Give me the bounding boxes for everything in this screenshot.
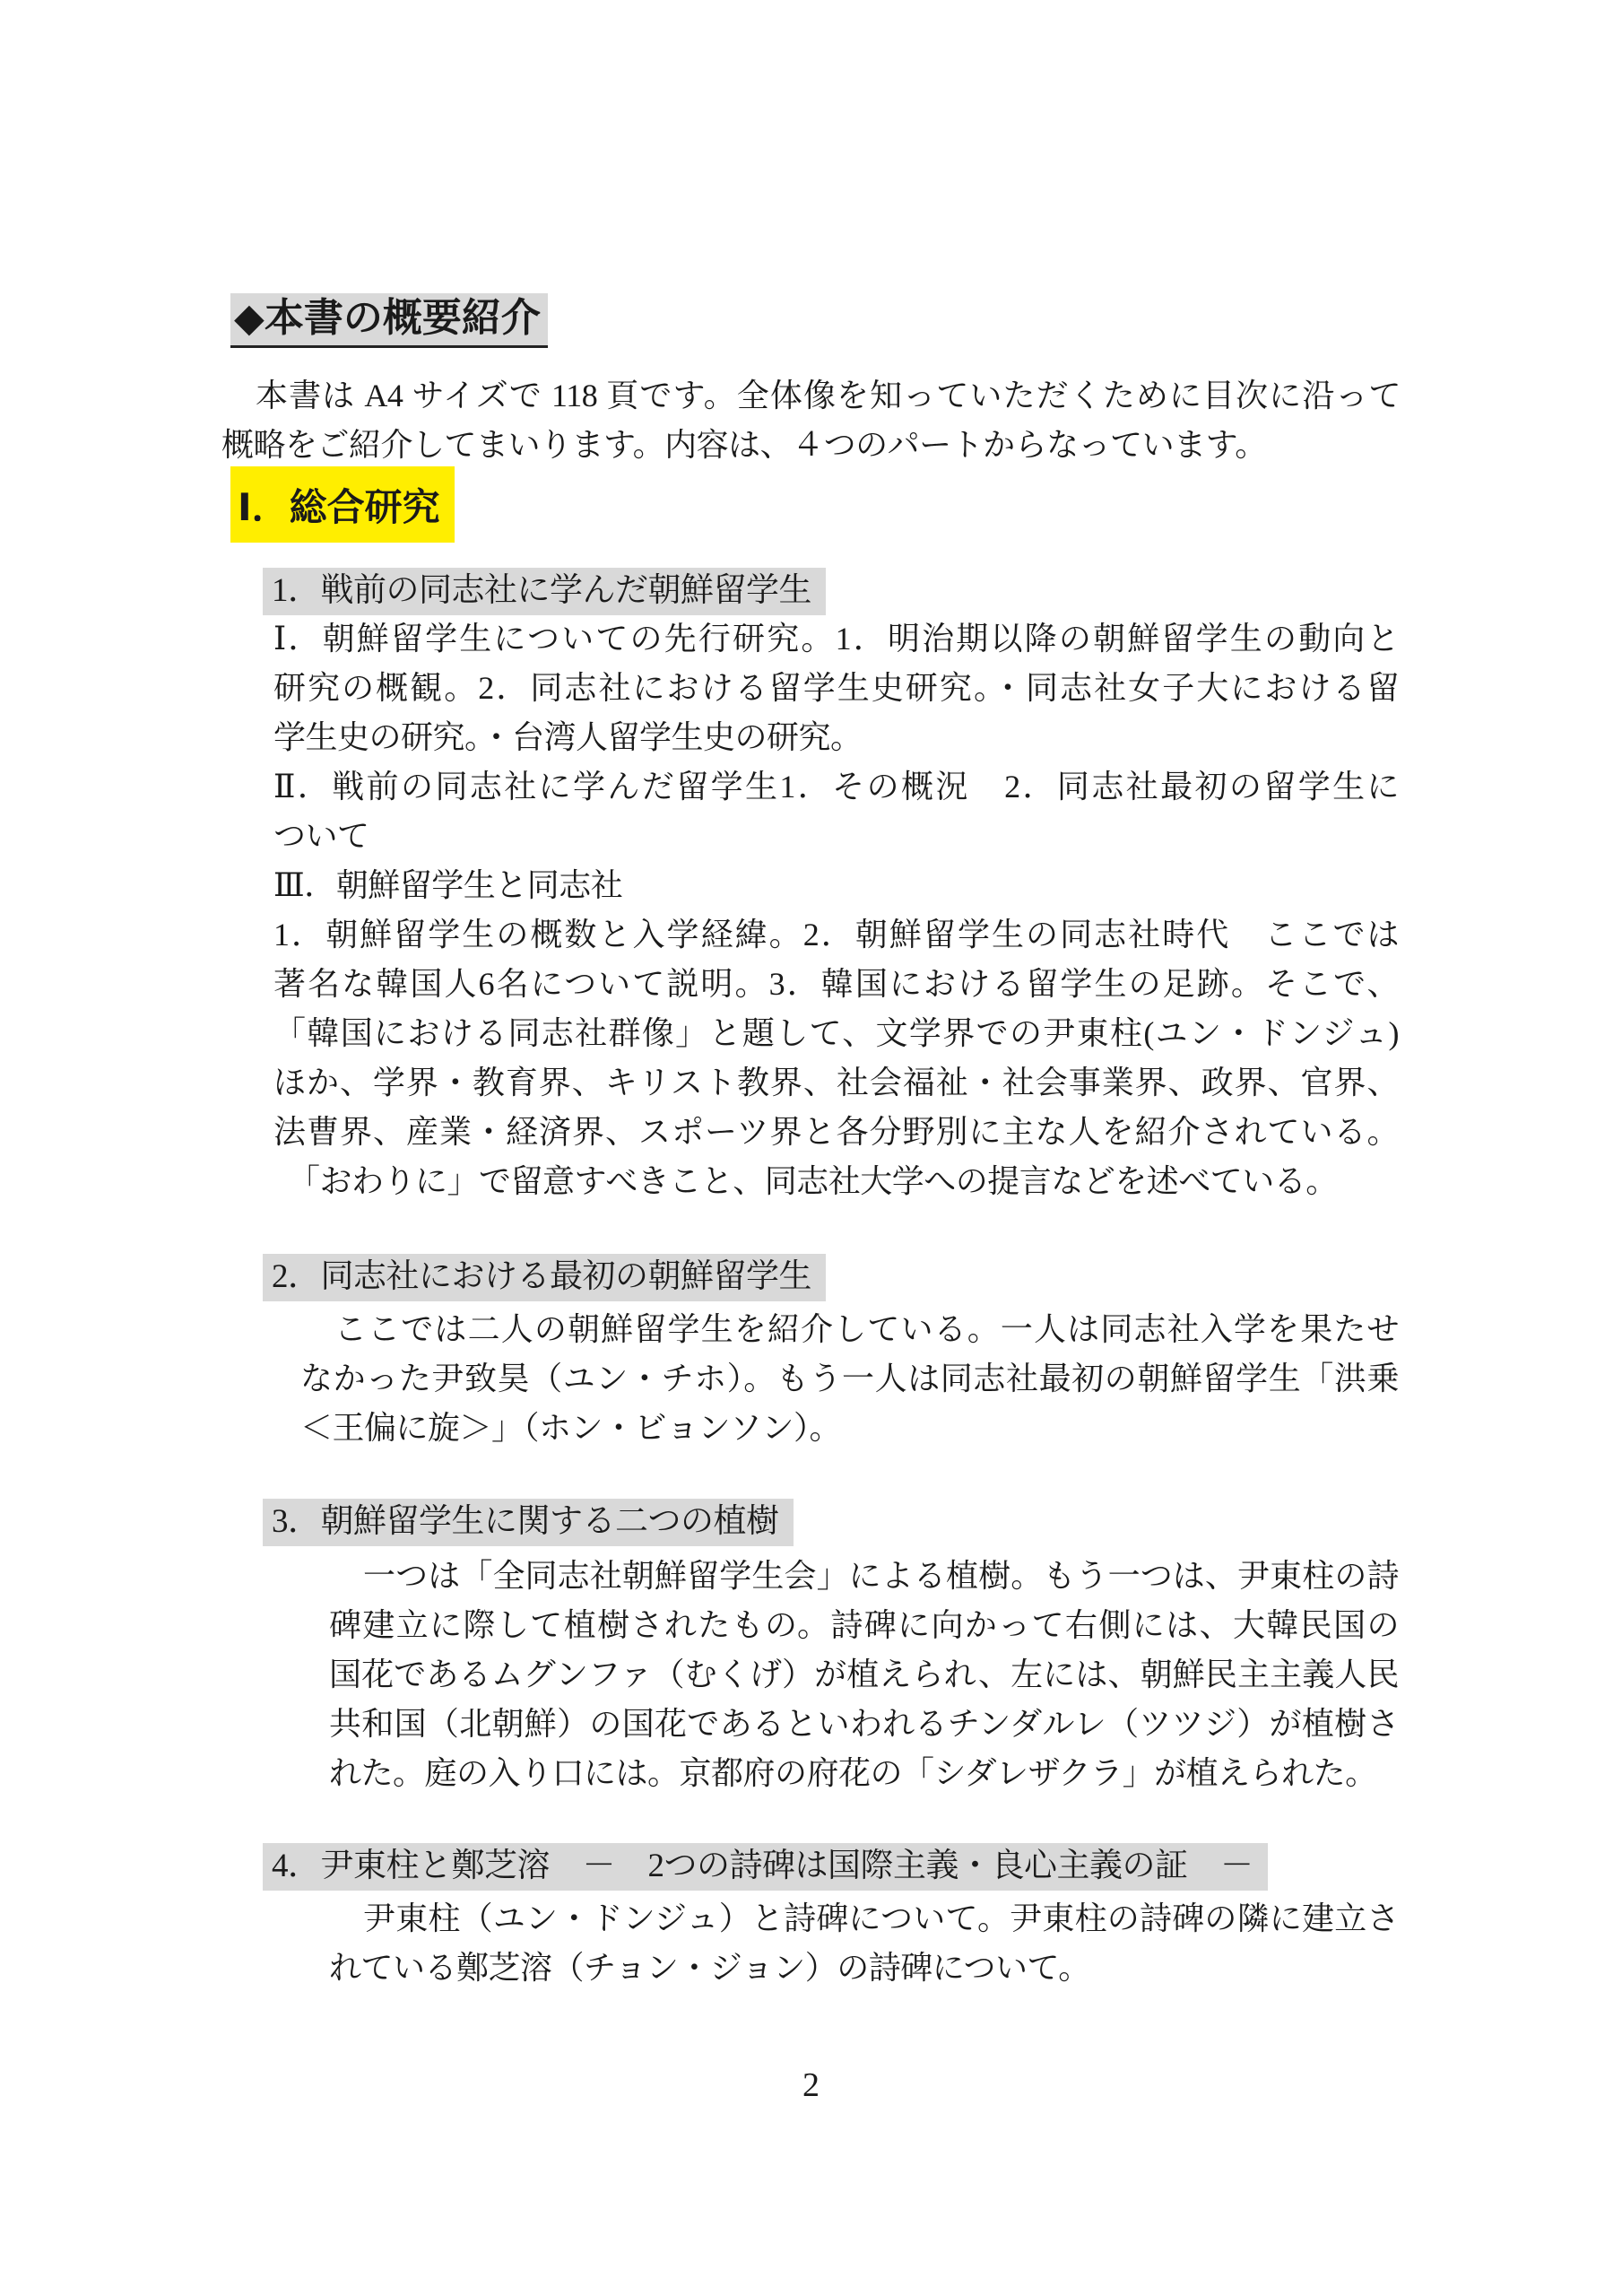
body-line: 共和国（北朝鮮）の国花であるといわれるチンダルレ（ツツジ）が植樹さ bbox=[329, 1700, 1399, 1749]
section-body: ここでは二人の朝鮮留学生を紹介している。一人は同志社入学を果たせ なかった尹致昊… bbox=[300, 1305, 1399, 1453]
document-page: ◆本書の概要紹介 本書は A4 サイズで 118 頁です。全体像を知っていただく… bbox=[0, 0, 1622, 2296]
body-line: ついて bbox=[273, 812, 1399, 861]
body-line: 著名な韓国人6名について説明。3．韓国における留学生の足跡。そこで、 bbox=[273, 960, 1399, 1009]
main-heading: ◆本書の概要紹介 bbox=[230, 293, 548, 348]
body-line: なかった尹致昊（ユン・チホ）。もう一人は同志社最初の朝鮮留学生「洪乗 bbox=[300, 1354, 1399, 1404]
body-line: 「韓国における同志社群像」と題して、文学界での尹東柱(ユン・ドンジュ) bbox=[273, 1009, 1399, 1058]
body-line: 学生史の研究。・台湾人留学生史の研究。 bbox=[273, 713, 1399, 762]
body-line: 碑建立に際して植樹されたもの。詩碑に向かって右側には、大韓民国の bbox=[329, 1601, 1399, 1650]
body-line: Ⅰ．朝鮮留学生についての先行研究。1．明治期以降の朝鮮留学生の動向と bbox=[273, 614, 1399, 664]
section-body: Ⅰ．朝鮮留学生についての先行研究。1．明治期以降の朝鮮留学生の動向と 研究の概観… bbox=[273, 614, 1399, 1206]
body-line: Ⅱ．戦前の同志社に学んだ留学生1．その概況 2．同志社最初の留学生に bbox=[273, 762, 1399, 812]
body-line: れた。庭の入り口には。京都府の府花の「シダレザクラ」が植えられた。 bbox=[329, 1749, 1399, 1798]
body-line: 「おわりに」で留意すべきこと、同志社大学への提言などを述べている。 bbox=[273, 1157, 1399, 1206]
section-heading: 4．尹東柱と鄭芝溶 － 2つの詩碑は国際主義・良心主義の証 － bbox=[263, 1843, 1268, 1891]
page-number: 2 bbox=[0, 2066, 1622, 2105]
body-line: ＜王偏に旋＞」（ホン・ビョンソン）。 bbox=[300, 1404, 1399, 1453]
body-line: ここでは二人の朝鮮留学生を紹介している。一人は同志社入学を果たせ bbox=[300, 1305, 1399, 1354]
intro-line: 概略をご紹介してまいります。内容は、４つのパートからなっています。 bbox=[221, 421, 1401, 470]
body-line: Ⅲ．朝鮮留学生と同志社 bbox=[273, 861, 1399, 910]
body-line: 1．朝鮮留学生の概数と入学経緯。2．朝鮮留学生の同志社時代 ここでは bbox=[273, 910, 1399, 960]
body-line: 国花であるムグンファ（むくげ）が植えられ、左には、朝鮮民主主義人民 bbox=[329, 1650, 1399, 1700]
section-body: 尹東柱（ユン・ドンジュ）と詩碑について。尹東柱の詩碑の隣に建立さ れている鄭芝溶… bbox=[329, 1894, 1399, 1993]
section-body: 一つは「全同志社朝鮮留学生会」による植樹。もう一つは、尹東柱の詩 碑建立に際して… bbox=[329, 1552, 1399, 1798]
body-line: れている鄭芝溶（チョン・ジョン）の詩碑について。 bbox=[329, 1944, 1399, 1993]
intro-line: 本書は A4 サイズで 118 頁です。全体像を知っていただくために目次に沿って bbox=[221, 371, 1401, 421]
body-line: 研究の概観。2．同志社における留学生史研究。・同志社女子大における留 bbox=[273, 664, 1399, 713]
section-heading: 3．朝鮮留学生に関する二つの植樹 bbox=[263, 1499, 794, 1546]
body-line: ほか、学界・教育界、キリスト教界、社会福祉・社会事業界、政界、官界、 bbox=[273, 1058, 1399, 1108]
body-line: 法曹界、産業・経済界、スポーツ界と各分野別に主な人を紹介されている。 bbox=[273, 1108, 1399, 1157]
body-line: 尹東柱（ユン・ドンジュ）と詩碑について。尹東柱の詩碑の隣に建立さ bbox=[329, 1894, 1399, 1944]
section-heading: 1．戦前の同志社に学んだ朝鮮留学生 bbox=[263, 568, 826, 615]
body-line: 一つは「全同志社朝鮮留学生会」による植樹。もう一つは、尹東柱の詩 bbox=[329, 1552, 1399, 1601]
intro-paragraph: 本書は A4 サイズで 118 頁です。全体像を知っていただくために目次に沿って… bbox=[221, 371, 1401, 470]
section-heading: 2．同志社における最初の朝鮮留学生 bbox=[263, 1254, 826, 1301]
part-heading: Ⅰ．総合研究 bbox=[230, 466, 455, 543]
